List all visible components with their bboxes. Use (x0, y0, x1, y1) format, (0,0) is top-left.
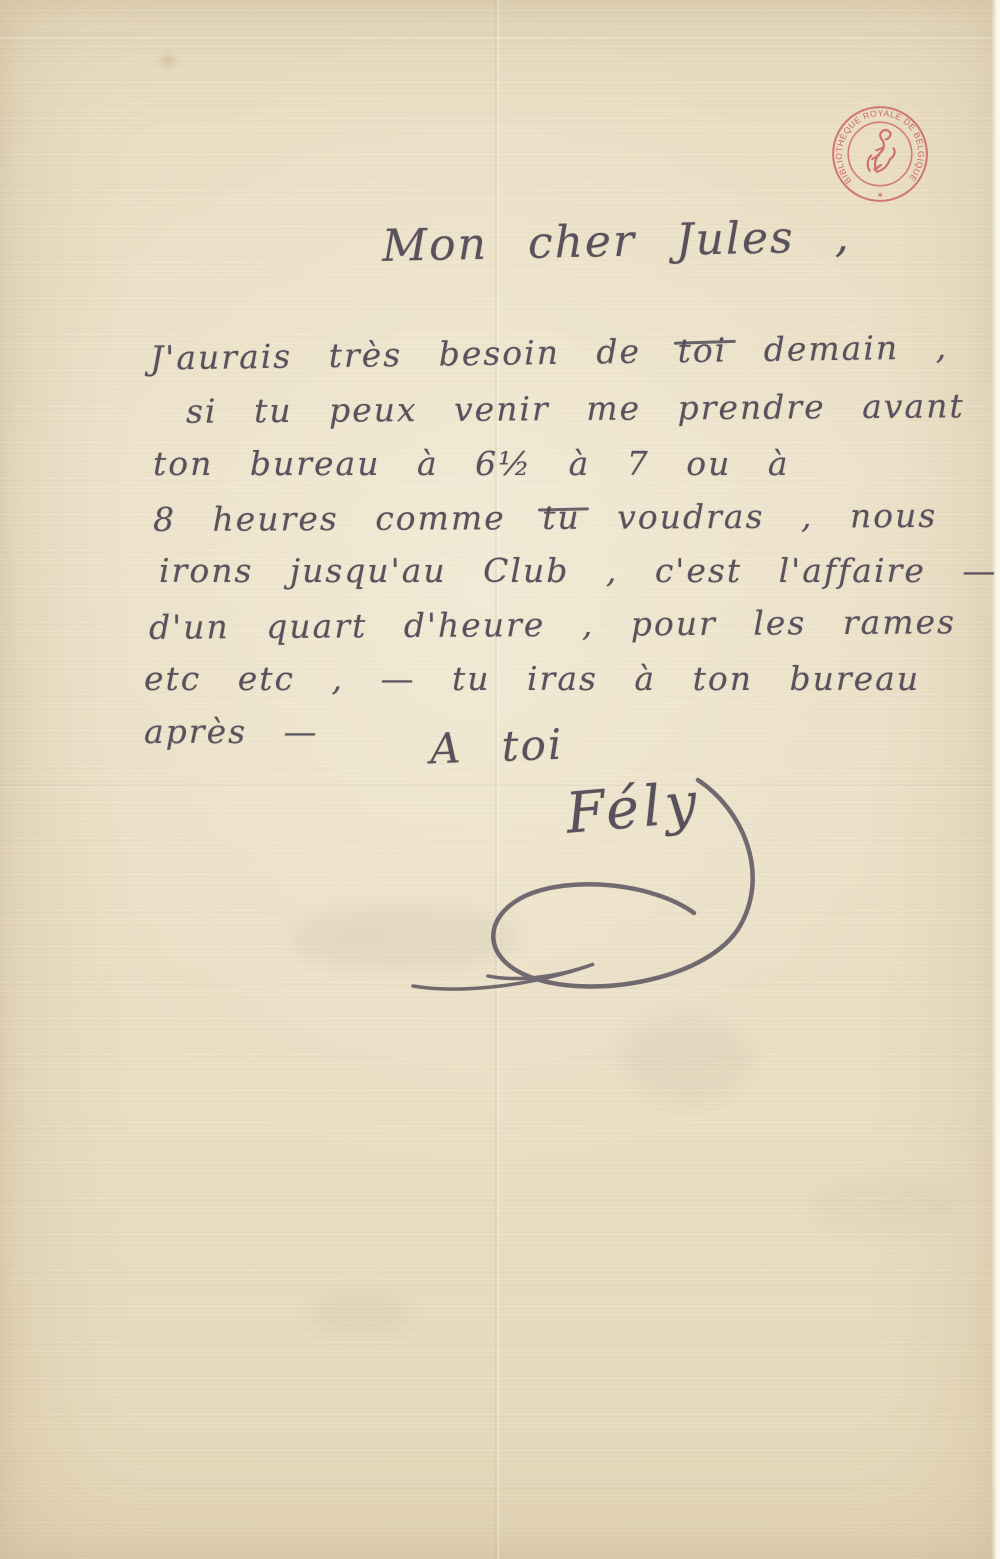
signature-flourish (398, 758, 778, 1008)
line-text: ton bureau à 6½ à 7 ou à (153, 444, 790, 483)
letter-line: 8 heures comme tu voudras , nous (153, 496, 937, 539)
emphasized-word: tu (542, 498, 581, 537)
line-text: après — (144, 712, 319, 751)
letter-line: si tu peux venir me prendre avant (186, 386, 965, 430)
salutation: Mon cher Jules , (382, 211, 852, 272)
paper-stain (810, 1175, 960, 1235)
line-text: voudras , nous (581, 496, 938, 537)
horizontal-fold-crease-top (0, 34, 1000, 39)
line-text: J'aurais très besoin de (150, 331, 678, 377)
line-text: demain , (727, 327, 948, 369)
line-text: etc etc , — tu iras à ton bureau (144, 659, 920, 698)
letter-line: irons jusqu'au Club , c'est l'affaire — (159, 551, 997, 590)
ink-showthrough-smudge (620, 1015, 750, 1100)
letter-line: d'un quart d'heure , pour les rames (149, 602, 956, 647)
line-text: d'un quart d'heure , pour les rames (149, 602, 956, 647)
line-text: 8 heures comme (153, 498, 542, 539)
letter-paper: BIBLIOTHÈQUE ROYALE DE BELGIQUE ✶ Mon ch… (0, 0, 1000, 1559)
ink-showthrough-smudge (310, 1290, 410, 1335)
letter-line: ton bureau à 6½ à 7 ou à (153, 444, 790, 483)
line-text: si tu peux venir me prendre avant (186, 386, 965, 430)
library-stamp: BIBLIOTHÈQUE ROYALE DE BELGIQUE ✶ (830, 104, 930, 204)
stamp-star-separator: ✶ (877, 190, 884, 200)
paper-stain (160, 54, 176, 68)
letter-line: après — (144, 712, 319, 751)
paper-deckle-edge (991, 0, 1000, 1559)
line-text: irons jusqu'au Club , c'est l'affaire — (159, 551, 997, 590)
letter-line: etc etc , — tu iras à ton bureau (144, 659, 920, 698)
emphasized-word: toi (677, 331, 727, 371)
belgian-lion-icon (868, 130, 895, 172)
letter-line: J'aurais très besoin de toi demain , (150, 327, 949, 377)
